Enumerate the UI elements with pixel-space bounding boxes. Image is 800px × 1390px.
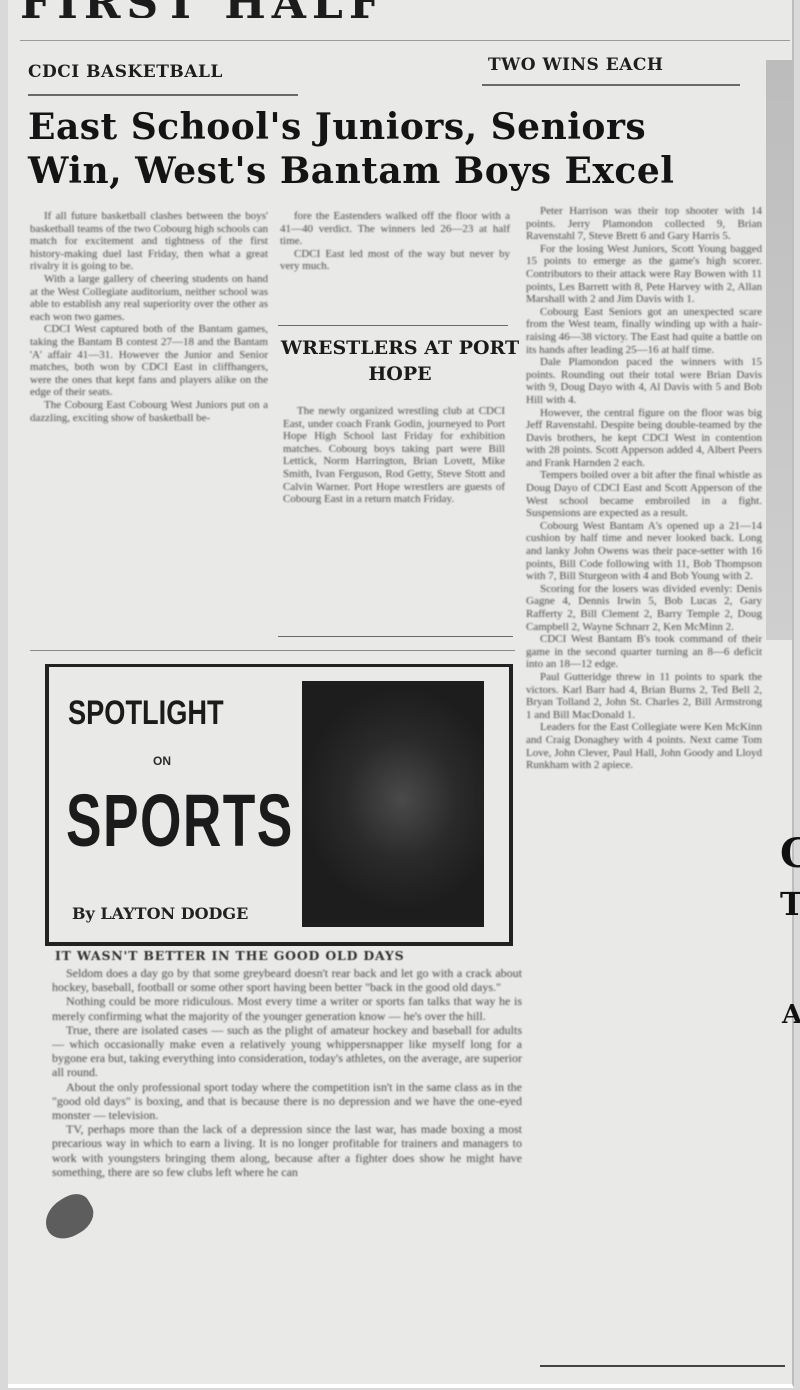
paragraph: Seldom does a day go by that some greybe… bbox=[52, 966, 522, 994]
paragraph: CDCI West Bantam B's took command of the… bbox=[526, 633, 762, 671]
paragraph: With a large gallery of cheering student… bbox=[30, 273, 268, 323]
paragraph: The newly organized wrestling club at CD… bbox=[283, 405, 505, 506]
paragraph: Tempers boiled over a bit after the fina… bbox=[526, 469, 762, 519]
paragraph: However, the central figure on the floor… bbox=[526, 407, 762, 470]
basketball-col1: If all future basketball clashes between… bbox=[30, 210, 268, 650]
kicker-right-rule bbox=[482, 84, 740, 86]
spotlight-title-main: SPORTS bbox=[66, 778, 294, 863]
column-kicker: IT WASN'T BETTER IN THE GOOD OLD DAYS bbox=[55, 948, 405, 963]
edge-fragment: A bbox=[782, 1000, 800, 1030]
rule bbox=[540, 1365, 785, 1367]
adjacent-column-strip bbox=[766, 60, 792, 640]
rule bbox=[20, 40, 790, 41]
basketball-col3: Peter Harrison was their top shooter wit… bbox=[526, 205, 762, 1345]
kicker-right: TWO WINS EACH bbox=[488, 55, 664, 75]
byline: By LAYTON DODGE bbox=[72, 904, 248, 923]
wrestling-headline: WRESTLERS AT PORT HOPE bbox=[280, 335, 520, 387]
spotlight-title-on: ON bbox=[153, 754, 171, 768]
paragraph: About the only professional sport today … bbox=[52, 1080, 522, 1123]
edge-fragment: C bbox=[780, 830, 800, 877]
paragraph: For the losing West Juniors, Scott Young… bbox=[526, 243, 762, 306]
paragraph: Nothing could be more ridiculous. Most e… bbox=[52, 994, 522, 1022]
edge-fragment: T bbox=[780, 885, 800, 923]
kicker-left: CDCI BASKETBALL bbox=[28, 62, 223, 82]
paragraph: Leaders for the East Collegiate were Ken… bbox=[526, 721, 762, 771]
paragraph: Cobourg East Seniors got an unexpected s… bbox=[526, 306, 762, 356]
paragraph: Paul Gutteridge threw in 11 points to sp… bbox=[526, 671, 762, 721]
paragraph: The Cobourg East Cobourg West Juniors pu… bbox=[30, 399, 268, 424]
paragraph: Cobourg West Bantam A's opened up a 21—1… bbox=[526, 520, 762, 583]
headline: East School's Juniors, Seniors Win, West… bbox=[28, 105, 748, 193]
paragraph: CDCI West captured both of the Bantam ga… bbox=[30, 323, 268, 399]
rule bbox=[30, 650, 515, 651]
paragraph: Dale Plamondon paced the winners with 15… bbox=[526, 356, 762, 406]
paragraph: Scoring for the losers was divided evenl… bbox=[526, 583, 762, 633]
rule bbox=[278, 325, 508, 326]
spotlight-title-top: SPOTLIGHT bbox=[68, 694, 224, 733]
columnist-photo bbox=[302, 681, 484, 927]
paragraph: fore the Eastenders walked off the floor… bbox=[280, 210, 510, 248]
rule bbox=[278, 636, 513, 637]
paragraph: Peter Harrison was their top shooter wit… bbox=[526, 205, 762, 243]
basketball-col2: fore the Eastenders walked off the floor… bbox=[280, 210, 510, 310]
paragraph: CDCI East led most of the way but never … bbox=[280, 248, 510, 273]
kicker-left-rule bbox=[28, 94, 298, 96]
paragraph: If all future basketball clashes between… bbox=[30, 210, 268, 273]
masthead-fragment: FIRST HALF bbox=[20, 0, 780, 18]
spotlight-body: Seldom does a day go by that some greybe… bbox=[52, 966, 522, 1384]
paragraph: TV, perhaps more than the lack of a depr… bbox=[52, 1122, 522, 1179]
paragraph: True, there are isolated cases — such as… bbox=[52, 1023, 522, 1080]
wrestling-body: The newly organized wrestling club at CD… bbox=[283, 405, 505, 630]
